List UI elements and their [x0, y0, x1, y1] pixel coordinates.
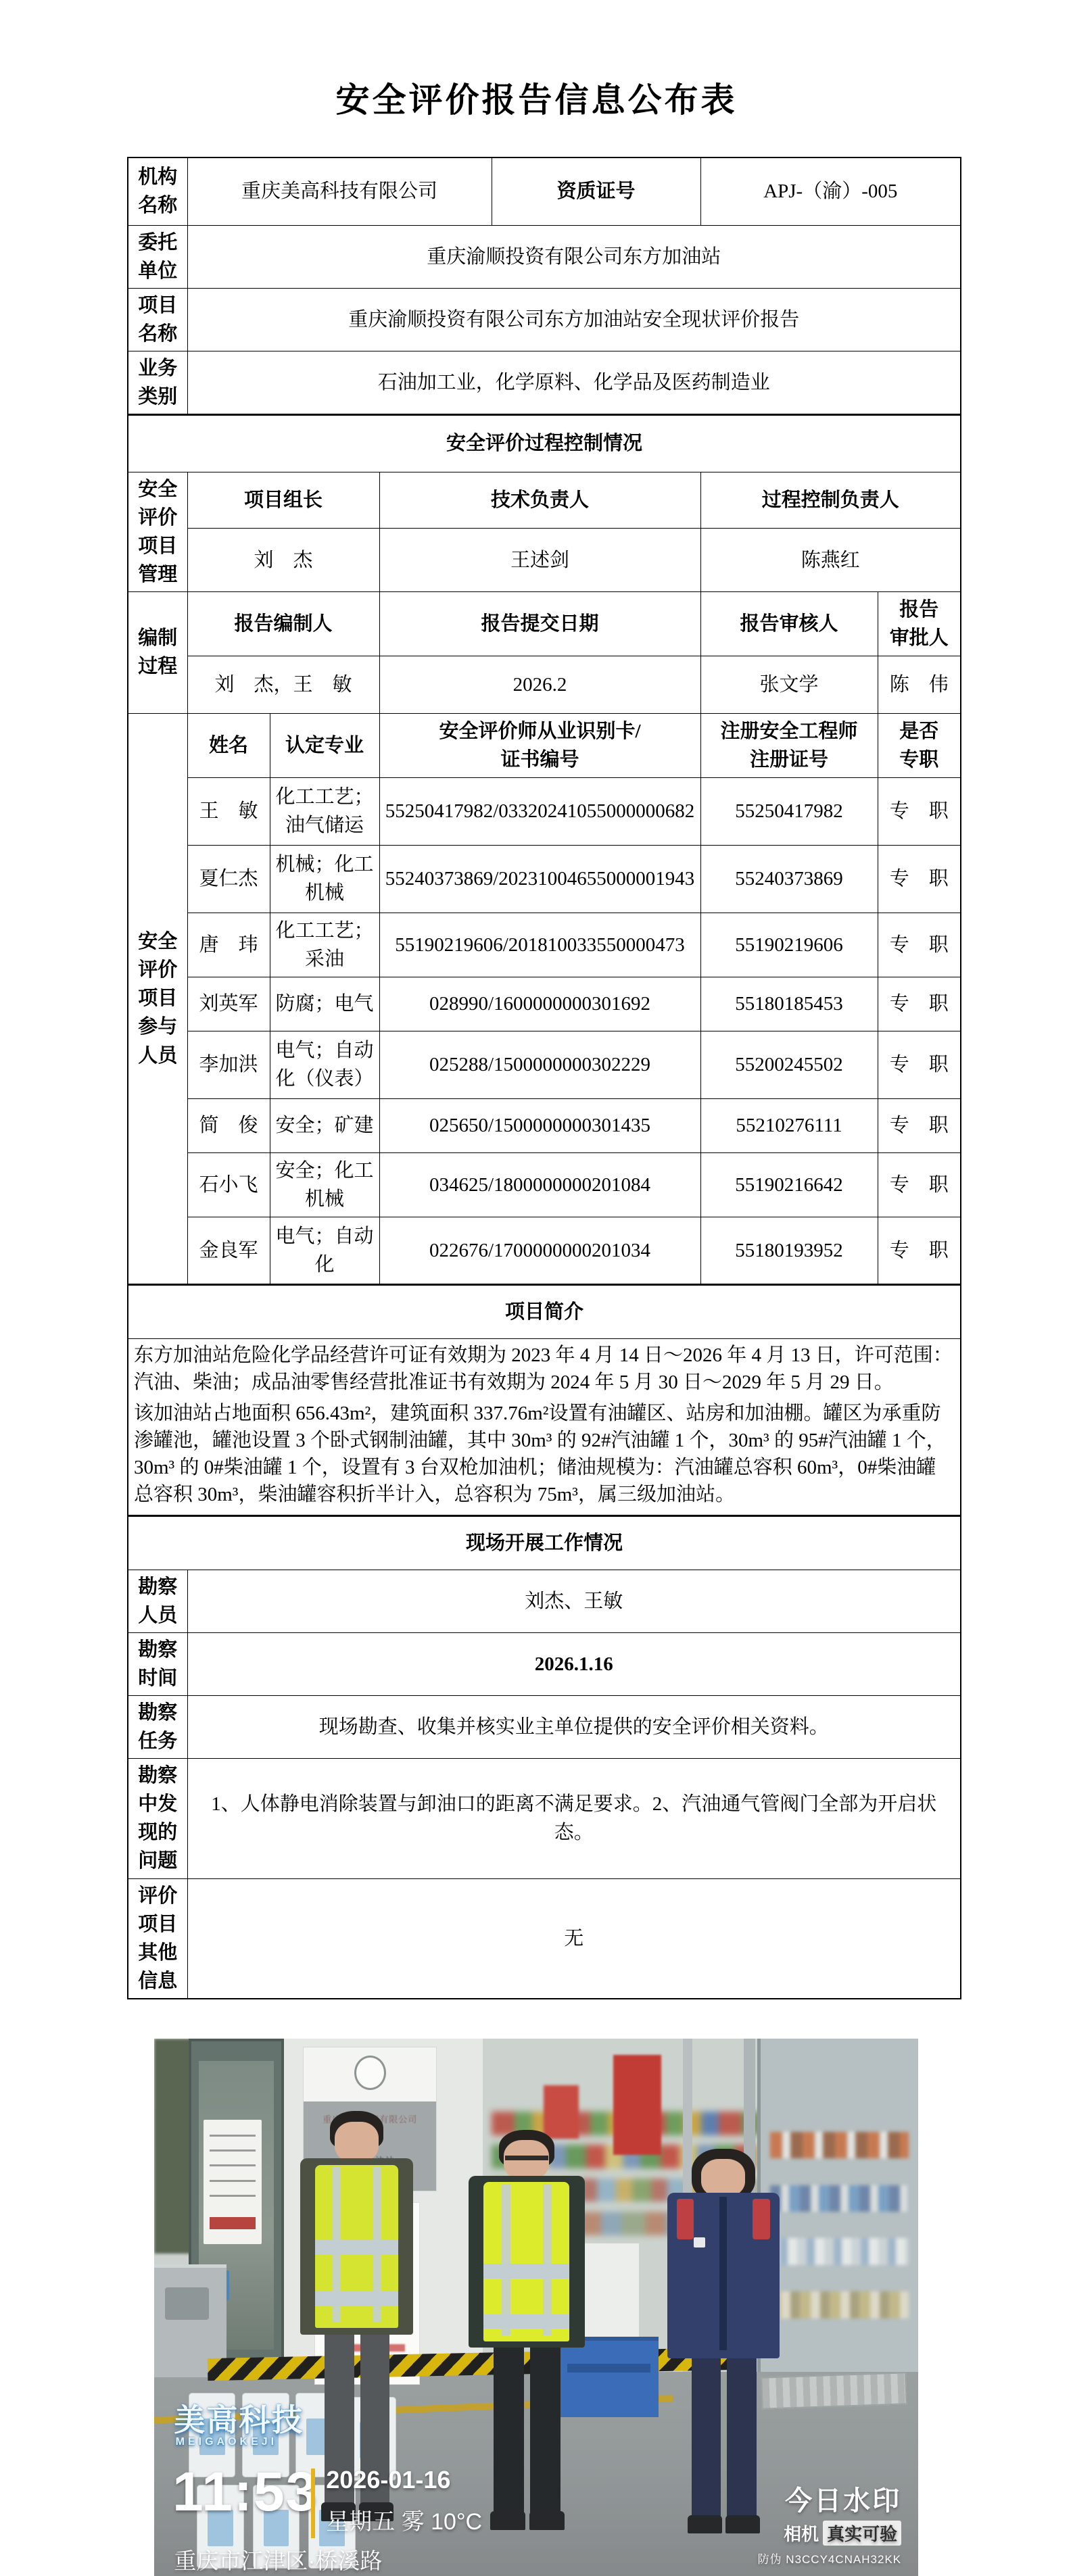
- notice-red-band: [210, 2217, 256, 2229]
- row-mgmt-values: 刘 杰 王述剑 陈燕红: [128, 529, 961, 592]
- row-brief-body: 东方加油站危险化学品经营许可证有效期为 2023 年 4 月 14 日～2026…: [128, 1338, 961, 1515]
- participant-name: 夏仁杰: [187, 845, 270, 913]
- brief-paragraph-1: 东方加油站危险化学品经营许可证有效期为 2023 年 4 月 14 日～2026…: [134, 1342, 955, 1396]
- row-brief-header: 项目简介: [128, 1284, 961, 1338]
- col-fulltime: 是否 专职: [878, 713, 961, 777]
- face: [335, 2122, 379, 2162]
- survey-task-label: 勘察任务: [128, 1696, 187, 1759]
- mgmt-col-leader: 项目组长: [187, 472, 379, 528]
- business-label: 业务类别: [128, 351, 187, 414]
- participant-name: 王 敏: [187, 777, 270, 845]
- participant-card: 55190219606/201810033550000473: [379, 913, 700, 977]
- survey-time-label: 勘察时间: [128, 1633, 187, 1696]
- other-info-value: 无: [187, 1878, 961, 1999]
- sink-bowl: [165, 2287, 208, 2320]
- participant-fulltime: 专 职: [878, 977, 961, 1031]
- row-compile-header: 编制过程 报告编制人 报告提交日期 报告审核人 报告 审批人: [128, 591, 961, 656]
- reflective-band: [483, 2314, 569, 2329]
- reflective-band: [483, 2264, 569, 2279]
- site-row: 评价项目其他信息 无: [128, 1878, 961, 1999]
- survey-time-value: 2026.1.16: [187, 1633, 961, 1696]
- participant-fulltime: 专 职: [878, 777, 961, 845]
- watermark-verified-badge: 真实可验: [823, 2521, 901, 2546]
- row-participants-header: 安全评价项目参与人员 姓名 认定专业 安全评价师从业识别卡/ 证书编号 注册安全…: [128, 713, 961, 777]
- compile-val-approver: 陈 伟: [878, 656, 961, 713]
- participant-name: 金良军: [187, 1217, 270, 1284]
- participant-reg: 55190216642: [700, 1152, 878, 1217]
- fridge-shelf: [770, 2185, 909, 2212]
- page: { "title": "安全评价报告信息公布表", "form": { "org…: [0, 73, 1073, 2576]
- leg: [530, 2348, 561, 2515]
- participant-reg: 55200245502: [700, 1031, 878, 1098]
- mgmt-col-control: 过程控制负责人: [700, 472, 961, 528]
- participant-row: 唐 玮 化工工艺；采油 55190219606/2018100335500004…: [128, 913, 961, 977]
- sinopec-logo-icon: [354, 2056, 386, 2090]
- other-info-label: 评价项目其他信息: [128, 1878, 187, 1999]
- participant-card: 55250417982/03320241055000000682: [379, 777, 700, 845]
- participant-fulltime: 专 职: [878, 845, 961, 913]
- participant-card: 022676/1700000000201034: [379, 1217, 700, 1284]
- row-site-header: 现场开展工作情况: [128, 1516, 961, 1570]
- participant-fulltime: 专 职: [878, 1031, 961, 1098]
- watermark-weekday-weather: 星期五 雾 10°C: [326, 2503, 482, 2536]
- participant-major: 防腐；电气: [270, 977, 379, 1031]
- page-title: 安全评价报告信息公布表: [0, 73, 1073, 122]
- participant-major: 机械；化工机械: [270, 845, 379, 913]
- participant-name: 唐 玮: [187, 913, 270, 977]
- red-promo-poster: [613, 2055, 661, 2155]
- participant-name: 石小飞: [187, 1152, 270, 1217]
- reflective-band: [315, 2291, 398, 2306]
- survey-problems-label: 勘察中发现的问题: [128, 1759, 187, 1878]
- red-shoulder-accent: [677, 2199, 694, 2239]
- safety-report-table: 机构名称 重庆美高科技有限公司 资质证号 APJ-（渝）-005 委托单位 重庆…: [127, 157, 961, 1999]
- notice-text-line: [210, 2149, 256, 2152]
- shoe: [490, 2511, 525, 2530]
- watermark-camera-label: 相机: [784, 2524, 819, 2544]
- participant-fulltime: 专 职: [878, 1217, 961, 1284]
- watermark-app-name: 今日水印: [672, 2479, 901, 2518]
- notice-sign: [204, 2120, 261, 2244]
- participant-row: 夏仁杰 机械；化工机械 55240373869/2023100465500000…: [128, 845, 961, 913]
- brief-header: 项目简介: [128, 1284, 961, 1338]
- watermark-brand: 美高科技: [174, 2396, 304, 2440]
- survey-problems-value: 1、人体静电消除装置与卸油口的距离不满足要求。2、汽油通气管阀门全部为开启状态。: [187, 1759, 961, 1878]
- reflective-strap: [332, 2167, 341, 2322]
- client-value: 重庆渝顺投资有限公司东方加油站: [187, 225, 961, 288]
- survey-task-value: 现场勘查、收集并核实业主单位提供的安全评价相关资料。: [187, 1696, 961, 1759]
- project-value: 重庆渝顺投资有限公司东方加油站安全现状评价报告: [187, 288, 961, 351]
- leg: [494, 2348, 524, 2515]
- participant-row: 李加洪 电气；自动化（仪表） 025288/1500000000302229 5…: [128, 1031, 961, 1098]
- compile-label: 编制过程: [128, 591, 187, 713]
- reflective-band: [315, 2240, 398, 2255]
- fridge-shelf: [770, 2132, 909, 2158]
- watermark-time: 11:53: [172, 2460, 318, 2524]
- reflective-strap: [543, 2184, 552, 2335]
- site-row: 勘察时间 2026.1.16: [128, 1633, 961, 1696]
- participant-card: 025650/1500000000301435: [379, 1098, 700, 1152]
- row-process-header: 安全评价过程控制情况: [128, 414, 961, 472]
- shoe: [529, 2511, 565, 2530]
- watermark-brand-en: MEIGAOKEJI: [176, 2436, 277, 2448]
- participant-reg: 55180193952: [700, 1217, 878, 1284]
- reflective-strap: [373, 2167, 381, 2322]
- mgmt-val-tech: 王述剑: [379, 529, 700, 592]
- survey-staff-value: 刘杰、王敏: [187, 1570, 961, 1633]
- watermark-app-block: 今日水印 相机真实可验 防伪 N3CCY4CNAH32KK: [672, 2479, 901, 2567]
- glasses-icon: [505, 2156, 548, 2160]
- watermark-date: 2026-01-16: [326, 2466, 450, 2494]
- participant-row: 王 敏 化工工艺；油气储运 55250417982/03320241055000…: [128, 777, 961, 845]
- notice-text-line: [210, 2164, 256, 2166]
- cert-no: APJ-（渝）-005: [700, 157, 961, 225]
- participant-major: 安全；化工机械: [270, 1152, 379, 1217]
- participants-label: 安全评价项目参与人员: [128, 713, 187, 1284]
- site-header: 现场开展工作情况: [128, 1516, 961, 1570]
- participant-reg: 55190219606: [700, 913, 878, 977]
- compile-val-writer: 刘 杰，王 敏: [187, 656, 379, 713]
- site-row: 勘察任务 现场勘查、收集并核实业主单位提供的安全评价相关资料。: [128, 1696, 961, 1759]
- mgmt-val-control: 陈燕红: [700, 529, 961, 592]
- person-middle-man: [464, 2130, 590, 2549]
- compile-val-date: 2026.2: [379, 656, 700, 713]
- col-major: 认定专业: [270, 713, 379, 777]
- mgmt-col-tech: 技术负责人: [379, 472, 700, 528]
- col-reg: 注册安全工程师 注册证号: [700, 713, 878, 777]
- participant-fulltime: 专 职: [878, 913, 961, 977]
- reflective-strap: [502, 2184, 510, 2335]
- participant-fulltime: 专 职: [878, 1098, 961, 1152]
- notice-text-line: [210, 2135, 256, 2137]
- participant-reg: 55250417982: [700, 777, 878, 845]
- participant-row: 石小飞 安全；化工机械 034625/1800000000201084 5519…: [128, 1152, 961, 1217]
- participant-major: 安全；矿建: [270, 1098, 379, 1152]
- site-row: 勘察人员 刘杰、王敏: [128, 1570, 961, 1633]
- row-project: 项目名称 重庆渝顺投资有限公司东方加油站安全现状评价报告: [128, 288, 961, 351]
- participant-major: 电气；自动化: [270, 1217, 379, 1284]
- participant-row: 金良军 电气；自动化 022676/1700000000201034 55180…: [128, 1217, 961, 1284]
- compile-col-reviewer: 报告审核人: [700, 591, 878, 656]
- org-label: 机构名称: [128, 157, 187, 225]
- notice-text-line: [210, 2180, 256, 2182]
- watermark-location: 重庆市江津区·桥溪路: [174, 2544, 382, 2575]
- compile-col-approver: 报告 审批人: [878, 591, 961, 656]
- row-org: 机构名称 重庆美高科技有限公司 资质证号 APJ-（渝）-005: [128, 157, 961, 225]
- brief-paragraph-2: 该加油站占地面积 656.43m²，建筑面积 337.76m²设置有油罐区、站房…: [134, 1400, 955, 1508]
- brief-body: 东方加油站危险化学品经营许可证有效期为 2023 年 4 月 14 日～2026…: [128, 1338, 961, 1515]
- fridge-shelf: [770, 2238, 909, 2264]
- site-photo: 重庆渝顺投资有限公司 — 东方加油站 — 中国石化 —东方加油站— 00:00-…: [154, 2039, 918, 2576]
- survey-staff-label: 勘察人员: [128, 1570, 187, 1633]
- watermark-anticounterfeit-code: 防伪 N3CCY4CNAH32KK: [672, 2550, 901, 2567]
- business-value: 石油加工业，化学原料、化学品及医药制造业: [187, 351, 961, 414]
- org-name: 重庆美高科技有限公司: [187, 157, 492, 225]
- participant-fulltime: 专 职: [878, 1152, 961, 1217]
- participant-name: 简 俊: [187, 1098, 270, 1152]
- watermark-camera-line: 相机真实可验: [672, 2521, 901, 2546]
- watermark-yellow-bar: [311, 2469, 315, 2538]
- site-row: 勘察中发现的问题 1、人体静电消除装置与卸油口的距离不满足要求。2、汽油通气管阀…: [128, 1759, 961, 1878]
- row-client: 委托单位 重庆渝顺投资有限公司东方加油站: [128, 225, 961, 288]
- participant-major: 化工工艺；采油: [270, 913, 379, 977]
- participant-name: 李加洪: [187, 1031, 270, 1098]
- participant-major: 化工工艺；油气储运: [270, 777, 379, 845]
- client-label: 委托单位: [128, 225, 187, 288]
- participant-card: 028990/1600000000301692: [379, 977, 700, 1031]
- participant-card: 025288/1500000000302229: [379, 1031, 700, 1098]
- participant-row: 刘英军 防腐；电气 028990/1600000000301692 551801…: [128, 977, 961, 1031]
- cert-label: 资质证号: [492, 157, 700, 225]
- participant-row: 简 俊 安全；矿建 025650/1500000000301435 552102…: [128, 1098, 961, 1152]
- col-name: 姓名: [187, 713, 270, 777]
- fridge-shelf: [770, 2291, 909, 2318]
- participant-name: 刘英军: [187, 977, 270, 1031]
- compile-val-reviewer: 张文学: [700, 656, 878, 713]
- jacket-logo: [694, 2237, 705, 2247]
- participant-reg: 55240373869: [700, 845, 878, 913]
- participant-reg: 55210276111: [700, 1098, 878, 1152]
- participant-major: 电气；自动化（仪表）: [270, 1031, 379, 1098]
- compile-col-writer: 报告编制人: [187, 591, 379, 656]
- mgmt-label: 安全评价项目管理: [128, 472, 187, 591]
- face: [701, 2159, 745, 2197]
- participant-card: 034625/1800000000201084: [379, 1152, 700, 1217]
- jacket-zip: [719, 2197, 727, 2350]
- process-header: 安全评价过程控制情况: [128, 414, 961, 472]
- participant-reg: 55180185453: [700, 977, 878, 1031]
- red-shoulder-accent: [753, 2199, 769, 2239]
- notice-text-line: [210, 2195, 256, 2197]
- row-compile-values: 刘 杰，王 敏 2026.2 张文学 陈 伟: [128, 656, 961, 713]
- row-business: 业务类别 石油加工业，化学原料、化学品及医药制造业: [128, 351, 961, 414]
- compile-col-date: 报告提交日期: [379, 591, 700, 656]
- project-label: 项目名称: [128, 288, 187, 351]
- participant-card: 55240373869/20231004655000001943: [379, 845, 700, 913]
- mgmt-val-leader: 刘 杰: [187, 529, 379, 592]
- row-mgmt-header: 安全评价项目管理 项目组长 技术负责人 过程控制负责人: [128, 472, 961, 528]
- col-card: 安全评价师从业识别卡/ 证书编号: [379, 713, 700, 777]
